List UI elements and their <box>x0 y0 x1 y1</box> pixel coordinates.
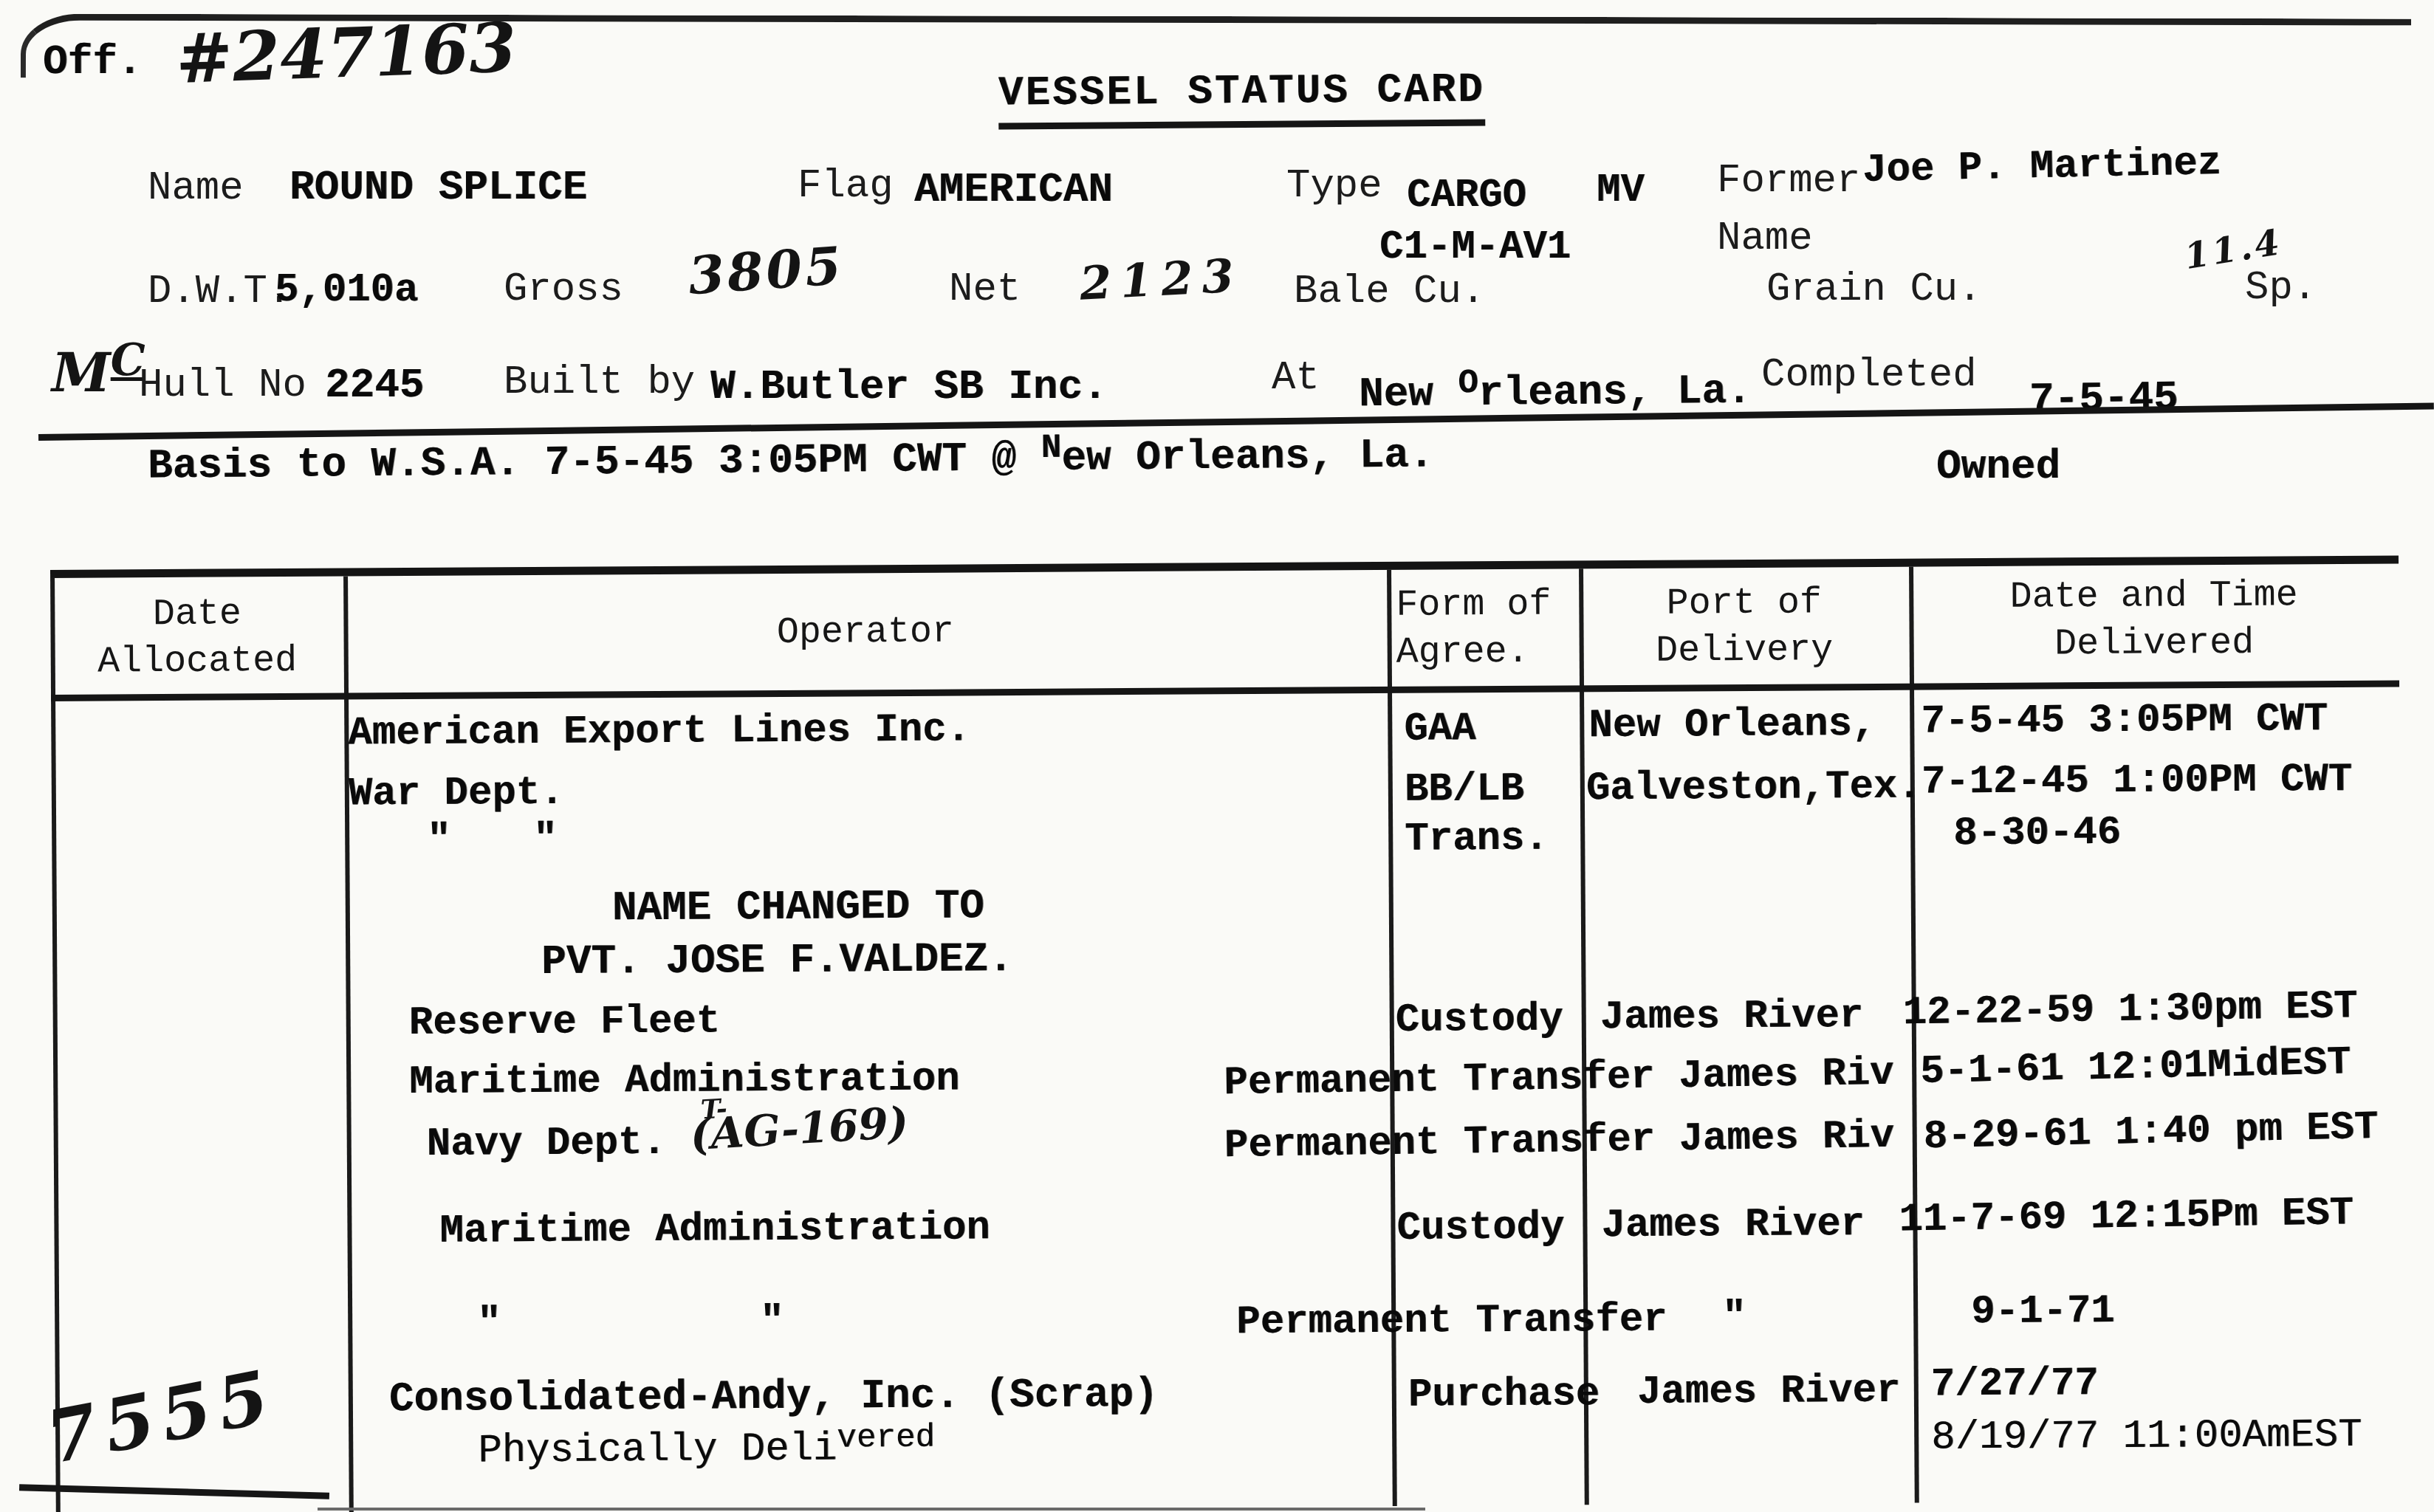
delivered-cell: 7/27/77 <box>1931 1361 2099 1407</box>
at-value-pre: New <box>1359 370 1458 418</box>
col-header-port-line2: Delivery <box>1580 629 1910 673</box>
gross-handwritten-value: 3805 <box>686 235 846 307</box>
delivered-cell: 8-29-61 1:40 pm EST <box>1923 1105 2379 1160</box>
delivered-cell: 12-22-59 1:30pm EST <box>1902 984 2358 1036</box>
operator-cell: Maritime Administration <box>409 1056 960 1105</box>
transfer-span-cell: Permanent Transfer James Riv <box>1224 1051 1894 1106</box>
col-header-operator: Operator <box>343 608 1387 657</box>
built-by-value: W.Butler SB Inc. <box>710 363 1108 410</box>
grain-cu-label: Grain Cu. <box>1766 267 1982 312</box>
operator-cell: American Export Lines Inc. <box>348 707 970 756</box>
operator-cell: Consolidated-Andy, Inc. (Scrap) <box>389 1371 1159 1423</box>
navy-hw-sup: T- <box>700 1093 728 1126</box>
table-left-border <box>50 578 61 1512</box>
official-number-label: Off. <box>43 38 142 86</box>
sp-label: Sp. <box>2245 266 2317 311</box>
dwt-value: 5,010a <box>275 268 418 313</box>
operator-cell: Navy Dept. <box>427 1121 666 1167</box>
operator-ditto-mark: " <box>533 817 558 862</box>
former-name-label-line1: Former <box>1717 159 1860 204</box>
navy-hull-number-handwritten: T-(AG-169) <box>689 1097 910 1160</box>
completed-label: Completed <box>1761 353 1977 398</box>
delivered-cell: 7-12-45 1:00PM CWT <box>1922 757 2353 805</box>
delivered-cell: 9-1-71 <box>1971 1289 2115 1335</box>
name-value: ROUND SPLICE <box>289 164 587 211</box>
dwt-label: D.W.T. <box>148 269 291 315</box>
delivered-cell: 8/19/77 11:00AmEST <box>1931 1413 2362 1461</box>
form-cell: GAA <box>1404 707 1476 752</box>
operator-cell: Reserve Fleet <box>409 999 721 1046</box>
port-ditto-mark: " <box>1722 1295 1746 1340</box>
transfer-span-cell: Permanent Transfer James Riv <box>1224 1114 1894 1169</box>
basis-pre: Basis to W.S.A. 7-5-45 3:05PM CWT @ <box>148 435 1041 490</box>
physically-delivered-raised: vered <box>837 1420 935 1457</box>
col-header-port-line1: Port of <box>1579 582 1909 626</box>
form-cell: Custody <box>1396 997 1563 1042</box>
owned-label: Owned <box>1936 443 2060 490</box>
net-handwritten-value: 2123 <box>1078 248 1244 310</box>
form-cell: BB/LB <box>1405 767 1524 813</box>
port-cell: Galveston,Tex. <box>1586 765 1922 812</box>
form-cell: Trans. <box>1405 817 1549 862</box>
card-title: VESSEL STATUS CARD <box>998 66 1486 129</box>
transfer-span-cell: Permanent Transfer <box>1236 1298 1667 1346</box>
operator-cell: War Dept. <box>349 771 564 817</box>
operator-cell: Maritime Administration <box>439 1206 990 1254</box>
port-cell: James River <box>1600 994 1864 1040</box>
delivered-cell: 7-5-45 3:05PM CWT <box>1921 697 2328 744</box>
form-cell: Custody <box>1396 1205 1564 1251</box>
col-header-form-line1: Form of <box>1396 584 1551 627</box>
form-cell: Purchase <box>1408 1372 1600 1418</box>
gross-label: Gross <box>504 267 623 312</box>
flag-value: AMERICAN <box>914 166 1113 213</box>
col-header-delivered-line2: Delivered <box>1909 622 2399 667</box>
physically-delivered-main: Physically Deli <box>478 1427 837 1474</box>
name-change-line2: PVT. JOSE F.VALDEZ. <box>541 935 1013 986</box>
type-label: Type <box>1286 164 1382 209</box>
port-cell: James River <box>1637 1369 1901 1415</box>
name-change-line1: NAME CHANGED TO <box>612 882 984 932</box>
col-header-form-line2: Agree. <box>1396 631 1529 674</box>
card-bottom-edge-faint <box>318 1508 1425 1511</box>
official-number-value: #247163 <box>174 7 518 99</box>
mc-main: M <box>52 341 111 404</box>
operator-ditto-mark: " <box>760 1299 784 1344</box>
flag-label: Flag <box>798 164 894 209</box>
former-name-label-line2: Name <box>1717 216 1813 261</box>
type-mv-value: MV <box>1597 168 1645 213</box>
basis-line: Basis to W.S.A. 7-5-45 3:05PM CWT @ New … <box>148 431 1434 489</box>
completed-value: 7-5-45 <box>2029 374 2179 423</box>
operator-cell: Physically Delivered <box>478 1426 935 1474</box>
net-label: Net <box>949 267 1021 312</box>
table-col-divider-3 <box>1579 568 1589 1505</box>
mc-handwritten-note: MC <box>52 341 145 404</box>
operator-ditto-mark: " <box>427 818 451 863</box>
bale-cu-label: Bale Cu. <box>1294 269 1485 315</box>
built-by-label: Built by <box>504 360 695 405</box>
delivered-cell: 5-1-61 12:01MidEST <box>1920 1040 2351 1095</box>
col-header-delivered-line1: Date and Time <box>1909 574 2399 619</box>
col-header-date-allocated-line2: Allocated <box>51 640 344 684</box>
hull-no-label: Hull No <box>139 363 306 408</box>
at-value: New Orleans, La. <box>1359 368 1752 419</box>
basis-sup: N <box>1041 428 1061 467</box>
status-table: Date Allocated Operator Form of Agree. P… <box>50 556 2404 1512</box>
former-name-value: Joe P. Martinez <box>1862 141 2221 193</box>
delivered-cell: 11-7-69 12:15Pm EST <box>1899 1191 2354 1243</box>
hull-no-value: 2245 <box>325 362 424 409</box>
operator-ditto-mark: " <box>477 1301 501 1346</box>
delivered-cell: 8-30-46 <box>1953 811 2121 856</box>
port-cell: New Orleans, <box>1588 702 1876 749</box>
type-class-value: C1-M-AV1 <box>1379 225 1571 270</box>
at-label: At <box>1272 356 1320 401</box>
port-cell: James River <box>1601 1202 1865 1248</box>
col-header-date-allocated-line1: Date <box>50 593 343 636</box>
name-label: Name <box>148 166 244 211</box>
at-value-post: rleans, La. <box>1478 368 1752 417</box>
basis-post: ew Orleans, La. <box>1061 431 1434 481</box>
at-value-sup: O <box>1458 363 1478 402</box>
type-value: CARGO <box>1407 173 1526 219</box>
